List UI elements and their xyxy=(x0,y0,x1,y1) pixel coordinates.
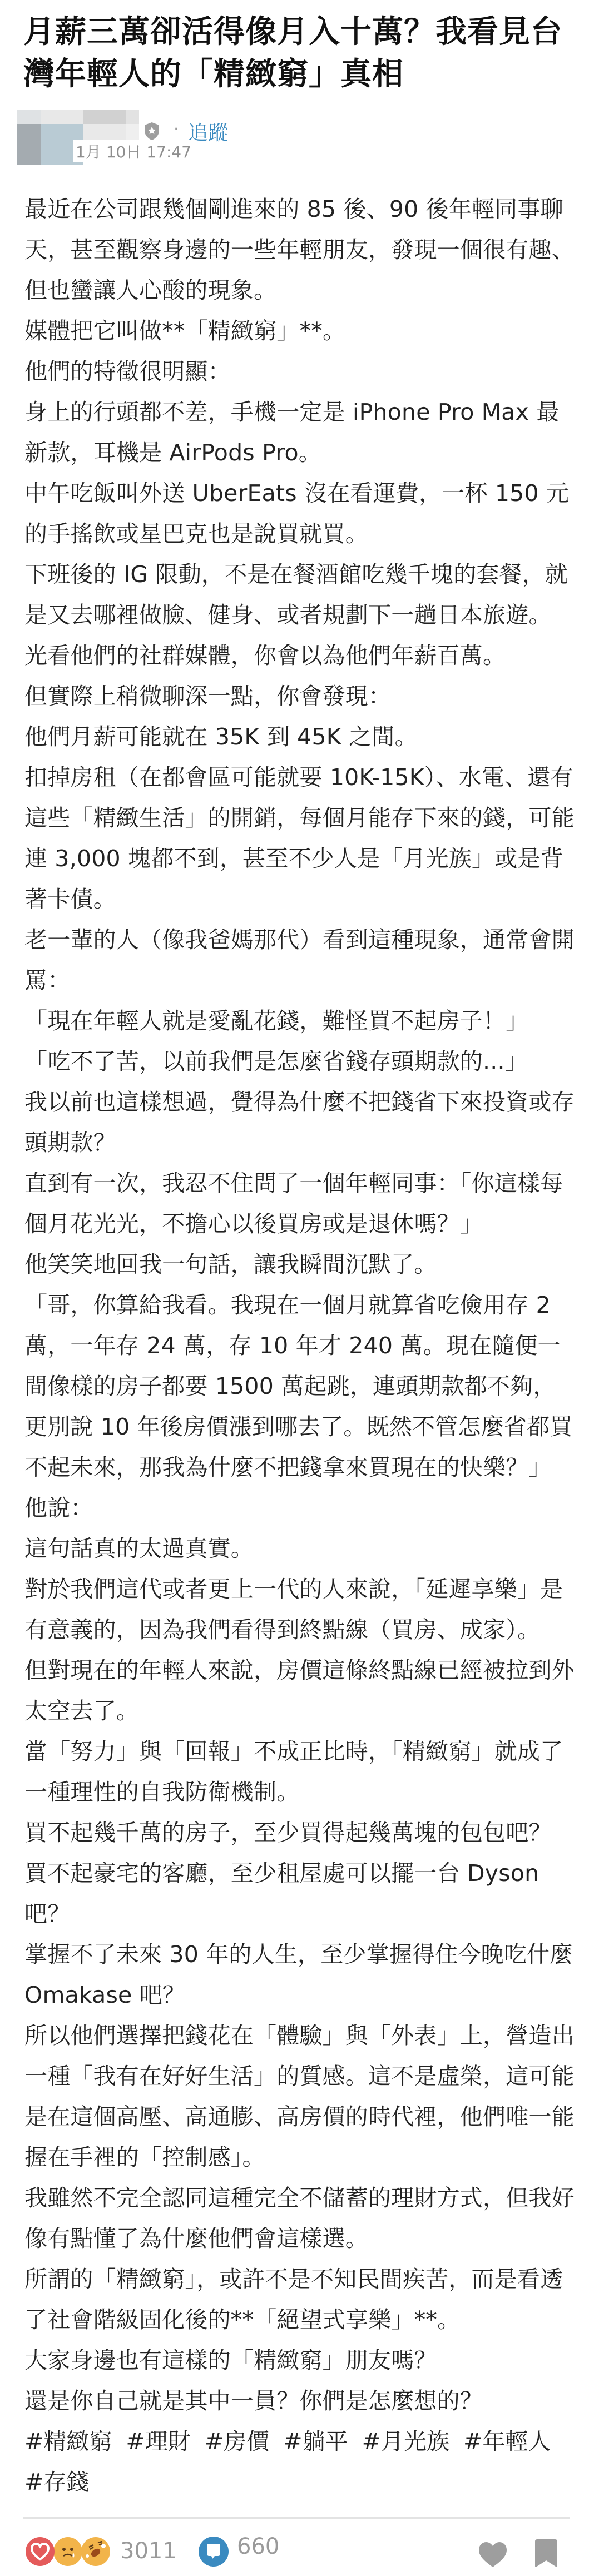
shield-star-icon xyxy=(143,122,160,141)
paragraph: 這句話真的太過真實。 xyxy=(24,1528,575,1569)
paragraph: 下班後的 IG 限動，不是在餐酒館吃幾千塊的套餐，就是又去哪裡做臉、健身、或者規… xyxy=(24,554,575,636)
reaction-count: 3011 xyxy=(120,2538,177,2564)
bookmark-icon[interactable] xyxy=(534,2538,558,2568)
paragraph: 他說： xyxy=(24,1488,575,1528)
paragraph: 我雖然不完全認同這種完全不儲蓄的理財方式，但我好像有點懂了為什麼他們會這樣選。 xyxy=(24,2178,575,2259)
paragraph: 直到有一次，我忍不住問了一個年輕同事：「你這樣每個月花光光，不擔心以後買房或是退… xyxy=(24,1163,575,1244)
separator-dot: · xyxy=(174,120,179,139)
paragraph: 老一輩的人（像我爸媽那代）看到這種現象，通常會開罵： xyxy=(24,920,575,1001)
paragraph: 當「努力」與「回報」不成正比時，「精緻窮」就成了一種理性的自我防衛機制。 xyxy=(24,1731,575,1813)
quote-paragraph: 「吃不了苦，以前我們是怎麼省錢存頭期款的...」 xyxy=(24,1041,575,1082)
laugh-reaction-icon xyxy=(81,2537,110,2566)
hashtag[interactable]: #年輕人 xyxy=(463,2428,551,2455)
comment-bubble-icon xyxy=(198,2536,229,2567)
hashtag[interactable]: #理財 xyxy=(126,2428,190,2455)
comment-count: 660 xyxy=(237,2534,279,2559)
reactions-summary[interactable]: 3011 xyxy=(26,2537,170,2568)
hashtag[interactable]: #月光族 xyxy=(362,2428,449,2455)
paragraph: 掌握不了未來 30 年的人生，至少掌握得住今晚吃什麼 Omakase 吧？ xyxy=(24,1934,575,2016)
paragraph: 最近在公司跟幾個剛進來的 85 後、90 後年輕同事聊天，甚至觀察身邊的一些年輕… xyxy=(24,189,575,311)
hashtag[interactable]: #存錢 xyxy=(24,2469,89,2495)
post-timestamp: 1月 10日 17:47 xyxy=(73,140,194,162)
paragraph: 他們月薪可能就在 35K 到 45K 之間。 xyxy=(24,717,575,757)
paragraph: 買不起豪宅的客廳，至少租屋處可以擺一台 Dyson 吧？ xyxy=(24,1853,575,1934)
paragraph: 我以前也這樣想過，覺得為什麼不把錢省下來投資或存頭期款？ xyxy=(24,1082,575,1163)
hashtag-list: #精緻窮 #理財 #房價 #躺平 #月光族 #年輕人 #存錢 xyxy=(24,2421,575,2503)
paragraph: 對於我們這代或者更上一代的人來說，「延遲享樂」是有意義的，因為我們看得到終點線（… xyxy=(24,1569,575,1650)
paragraph: 還是你自己就是其中一員？你們是怎麼想的？ xyxy=(24,2381,575,2421)
paragraph: 媒體把它叫做**「精緻窮」**。 xyxy=(24,311,575,351)
paragraph: 他們的特徵很明顯： xyxy=(24,351,575,392)
paragraph: 他笑笑地回我一句話，讓我瞬間沉默了。 xyxy=(24,1244,575,1285)
post-body: 最近在公司跟幾個剛進來的 85 後、90 後年輕同事聊天，甚至觀察身邊的一些年輕… xyxy=(24,189,575,2503)
quote-paragraph: 「現在年輕人就是愛亂花錢，難怪買不起房子！」 xyxy=(24,1001,575,1041)
paragraph: 扣掉房租（在都會區可能就要 10K-15K）、水電、還有這些「精緻生活」的開銷，… xyxy=(24,757,575,920)
author-row: · 追蹤 1月 10日 17:47 xyxy=(17,110,250,165)
hashtag[interactable]: #躺平 xyxy=(283,2428,348,2455)
paragraph: 買不起幾千萬的房子，至少買得起幾萬塊的包包吧？ xyxy=(24,1813,575,1853)
like-heart-icon[interactable] xyxy=(477,2540,508,2568)
paragraph: 光看他們的社群媒體，你會以為他們年薪百萬。 xyxy=(24,636,575,676)
paragraph: 身上的行頭都不差，手機一定是 iPhone Pro Max 最新款，耳機是 Ai… xyxy=(24,392,575,473)
paragraph: 大家身邊也有這樣的「精緻窮」朋友嗎？ xyxy=(24,2340,575,2381)
post-actions-bar: 3011 660 xyxy=(0,2533,589,2572)
paragraph: 中午吃飯叫外送 UberEats 沒在看運費，一杯 150 元的手搖飲或星巴克也… xyxy=(24,473,575,554)
comments-button[interactable]: 660 xyxy=(198,2536,309,2567)
divider xyxy=(23,2517,570,2519)
hashtag[interactable]: #房價 xyxy=(205,2428,269,2455)
paragraph: 但實際上稍微聊深一點，你會發現： xyxy=(24,676,575,717)
follow-button[interactable]: 追蹤 xyxy=(188,117,228,146)
paragraph: 所謂的「精緻窮」，或許不是不知民間疾苦，而是看透了社會階級固化後的**「絕望式享… xyxy=(24,2259,575,2340)
hashtag[interactable]: #精緻窮 xyxy=(24,2428,112,2455)
post-title: 月薪三萬卻活得像月入十萬？我看見台灣年輕人的「精緻窮」真相 xyxy=(23,11,574,96)
sad-reaction-icon xyxy=(53,2537,82,2566)
paragraph: 但對現在的年輕人來說，房價這條終點線已經被拉到外太空去了。 xyxy=(24,1650,575,1731)
quote-paragraph: 「哥，你算給我看。我現在一個月就算省吃儉用存 2 萬，一年存 24 萬，存 10… xyxy=(24,1285,575,1488)
paragraph: 所以他們選擇把錢花在「體驗」與「外表」上，營造出一種「我有在好好生活」的質感。這… xyxy=(24,2016,575,2178)
heart-reaction-icon xyxy=(26,2537,55,2566)
